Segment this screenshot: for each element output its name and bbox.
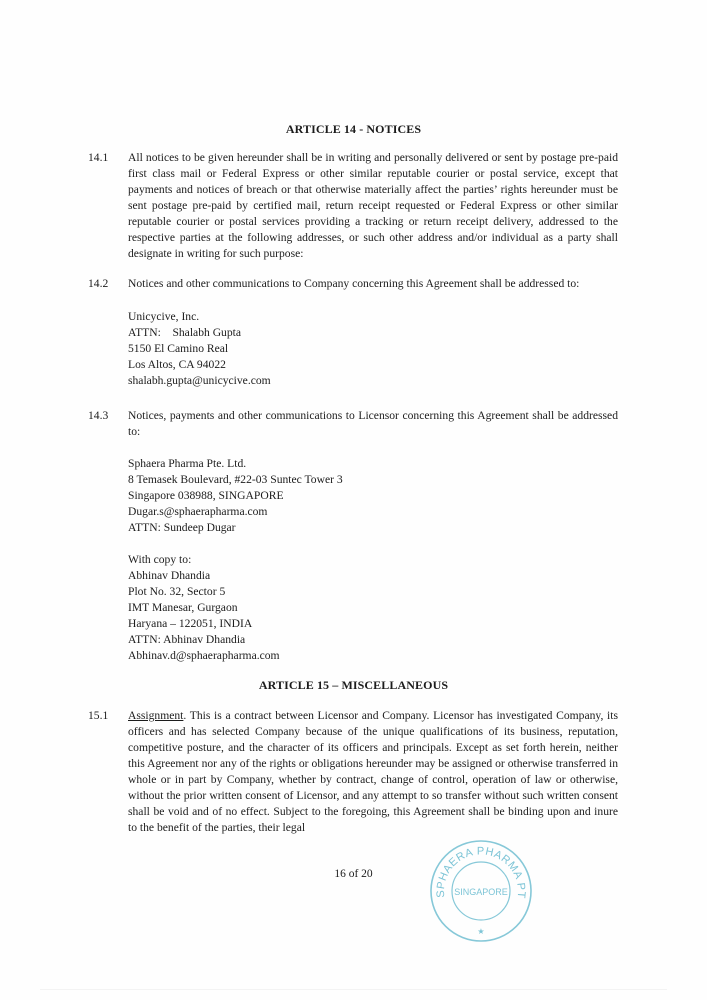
licensor-address-block: Sphaera Pharma Pte. Ltd. 8 Temasek Boule…: [128, 456, 528, 536]
copy-to-street: Plot No. 32, Sector 5: [128, 584, 528, 600]
copy-to-area: IMT Manesar, Gurgaon: [128, 600, 528, 616]
scan-edge-line: [40, 989, 667, 990]
licensor-street: 8 Temasek Boulevard, #22-03 Suntec Tower…: [128, 472, 528, 488]
copy-to-state: Haryana – 122051, INDIA: [128, 616, 528, 632]
copy-to-email: Abhinav.d@sphaerapharma.com: [128, 648, 528, 664]
copy-to-address-block: With copy to: Abhinav Dhandia Plot No. 3…: [128, 552, 528, 664]
section-heading-assignment: Assignment: [128, 709, 183, 722]
document-page: ARTICLE 14 - NOTICES 14.1 All notices to…: [0, 0, 707, 1000]
licensor-attn: ATTN: Sundeep Dugar: [128, 520, 528, 536]
svg-text:SINGAPORE: SINGAPORE: [454, 887, 508, 897]
licensor-email: Dugar.s@sphaerapharma.com: [128, 504, 528, 520]
copy-to-name: Abhinav Dhandia: [128, 568, 528, 584]
section-text: Notices, payments and other communicatio…: [128, 408, 618, 440]
licensor-city: Singapore 038988, SINGAPORE: [128, 488, 528, 504]
licensor-name: Sphaera Pharma Pte. Ltd.: [128, 456, 528, 472]
section-text: Notices and other communications to Comp…: [128, 276, 618, 292]
section-number: 14.3: [88, 408, 126, 424]
svg-text:★: ★: [477, 927, 484, 936]
article-15-heading: ARTICLE 15 – MISCELLANEOUS: [0, 677, 707, 693]
page-number: 16 of 20: [0, 866, 707, 882]
company-name: Unicycive, Inc.: [128, 309, 528, 325]
copy-to-label: With copy to:: [128, 552, 528, 568]
section-number: 14.1: [88, 150, 126, 166]
company-attn: ATTN: Shalabh Gupta: [128, 325, 528, 341]
section-14-1: 14.1 All notices to be given hereunder s…: [88, 150, 618, 262]
section-body-text: . This is a contract between Licensor an…: [128, 709, 618, 834]
section-14-2: 14.2 Notices and other communications to…: [88, 276, 618, 292]
section-number: 15.1: [88, 708, 126, 724]
copy-to-attn: ATTN: Abhinav Dhandia: [128, 632, 528, 648]
section-text: All notices to be given hereunder shall …: [128, 150, 618, 262]
company-email: shalabh.gupta@unicycive.com: [128, 373, 528, 389]
section-15-1: 15.1 Assignment. This is a contract betw…: [88, 708, 618, 836]
article-14-heading: ARTICLE 14 - NOTICES: [0, 121, 707, 137]
section-text: Assignment. This is a contract between L…: [128, 708, 618, 836]
section-number: 14.2: [88, 276, 126, 292]
company-address-block: Unicycive, Inc. ATTN: Shalabh Gupta 5150…: [128, 309, 528, 389]
company-city: Los Altos, CA 94022: [128, 357, 528, 373]
company-seal-stamp-icon: SPHAERA PHARMA PTE. LTD. SINGAPORE ★: [428, 838, 534, 944]
section-14-3: 14.3 Notices, payments and other communi…: [88, 408, 618, 440]
company-street: 5150 El Camino Real: [128, 341, 528, 357]
